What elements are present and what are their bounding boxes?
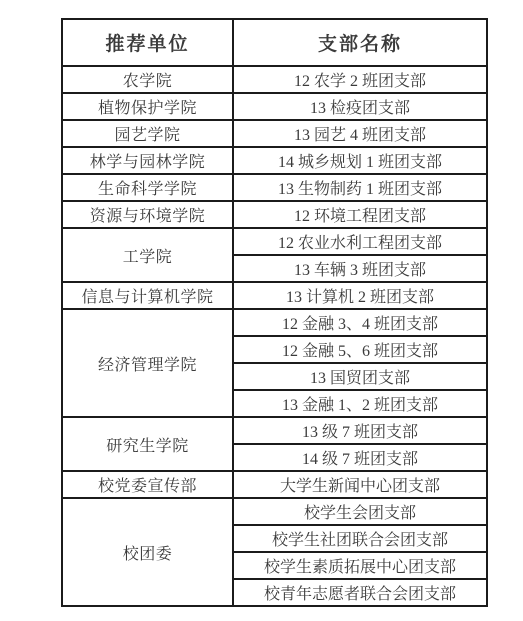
table-row: 林学与园林学院14 城乡规划 1 班团支部 (62, 147, 487, 174)
branch-cell: 13 生物制药 1 班团支部 (233, 174, 487, 201)
unit-cell: 资源与环境学院 (62, 201, 233, 228)
branch-cell: 13 车辆 3 班团支部 (233, 255, 487, 282)
table-row: 工学院12 农业水利工程团支部 (62, 228, 487, 255)
unit-cell: 经济管理学院 (62, 309, 233, 417)
table-row: 信息与计算机学院13 计算机 2 班团支部 (62, 282, 487, 309)
header-branch: 支部名称 (233, 19, 487, 66)
unit-cell: 植物保护学院 (62, 93, 233, 120)
unit-cell: 校党委宣传部 (62, 471, 233, 498)
unit-cell: 园艺学院 (62, 120, 233, 147)
branch-cell: 13 园艺 4 班团支部 (233, 120, 487, 147)
branch-cell: 12 金融 5、6 班团支部 (233, 336, 487, 363)
unit-cell: 工学院 (62, 228, 233, 282)
branch-cell: 13 国贸团支部 (233, 363, 487, 390)
branch-cell: 校青年志愿者联合会团支部 (233, 579, 487, 606)
branch-cell: 13 检疫团支部 (233, 93, 487, 120)
branch-cell: 12 农业水利工程团支部 (233, 228, 487, 255)
branch-cell: 14 城乡规划 1 班团支部 (233, 147, 487, 174)
branch-cell: 校学生会团支部 (233, 498, 487, 525)
table-row: 研究生学院13 级 7 班团支部 (62, 417, 487, 444)
branch-cell: 13 计算机 2 班团支部 (233, 282, 487, 309)
table-row: 植物保护学院13 检疫团支部 (62, 93, 487, 120)
table-row: 经济管理学院12 金融 3、4 班团支部 (62, 309, 487, 336)
branch-cell: 13 金融 1、2 班团支部 (233, 390, 487, 417)
header-row: 推荐单位 支部名称 (62, 19, 487, 66)
table-row: 农学院12 农学 2 班团支部 (62, 66, 487, 93)
table-body: 农学院12 农学 2 班团支部植物保护学院13 检疫团支部园艺学院13 园艺 4… (62, 66, 487, 606)
branch-cell: 12 金融 3、4 班团支部 (233, 309, 487, 336)
branch-cell: 14 级 7 班团支部 (233, 444, 487, 471)
branch-cell: 12 农学 2 班团支部 (233, 66, 487, 93)
table-row: 校党委宣传部大学生新闻中心团支部 (62, 471, 487, 498)
table-row: 资源与环境学院12 环境工程团支部 (62, 201, 487, 228)
branch-cell: 13 级 7 班团支部 (233, 417, 487, 444)
header-unit: 推荐单位 (62, 19, 233, 66)
branch-cell: 12 环境工程团支部 (233, 201, 487, 228)
table-row: 生命科学学院13 生物制药 1 班团支部 (62, 174, 487, 201)
unit-cell: 农学院 (62, 66, 233, 93)
unit-cell: 校团委 (62, 498, 233, 606)
branch-cell: 大学生新闻中心团支部 (233, 471, 487, 498)
table-row: 园艺学院13 园艺 4 班团支部 (62, 120, 487, 147)
recommendation-table: 推荐单位 支部名称 农学院12 农学 2 班团支部植物保护学院13 检疫团支部园… (61, 18, 488, 607)
unit-cell: 林学与园林学院 (62, 147, 233, 174)
unit-cell: 信息与计算机学院 (62, 282, 233, 309)
table-row: 校团委校学生会团支部 (62, 498, 487, 525)
unit-cell: 生命科学学院 (62, 174, 233, 201)
branch-cell: 校学生社团联合会团支部 (233, 525, 487, 552)
document-page: 推荐单位 支部名称 农学院12 农学 2 班团支部植物保护学院13 检疫团支部园… (0, 0, 523, 621)
branch-cell: 校学生素质拓展中心团支部 (233, 552, 487, 579)
unit-cell: 研究生学院 (62, 417, 233, 471)
